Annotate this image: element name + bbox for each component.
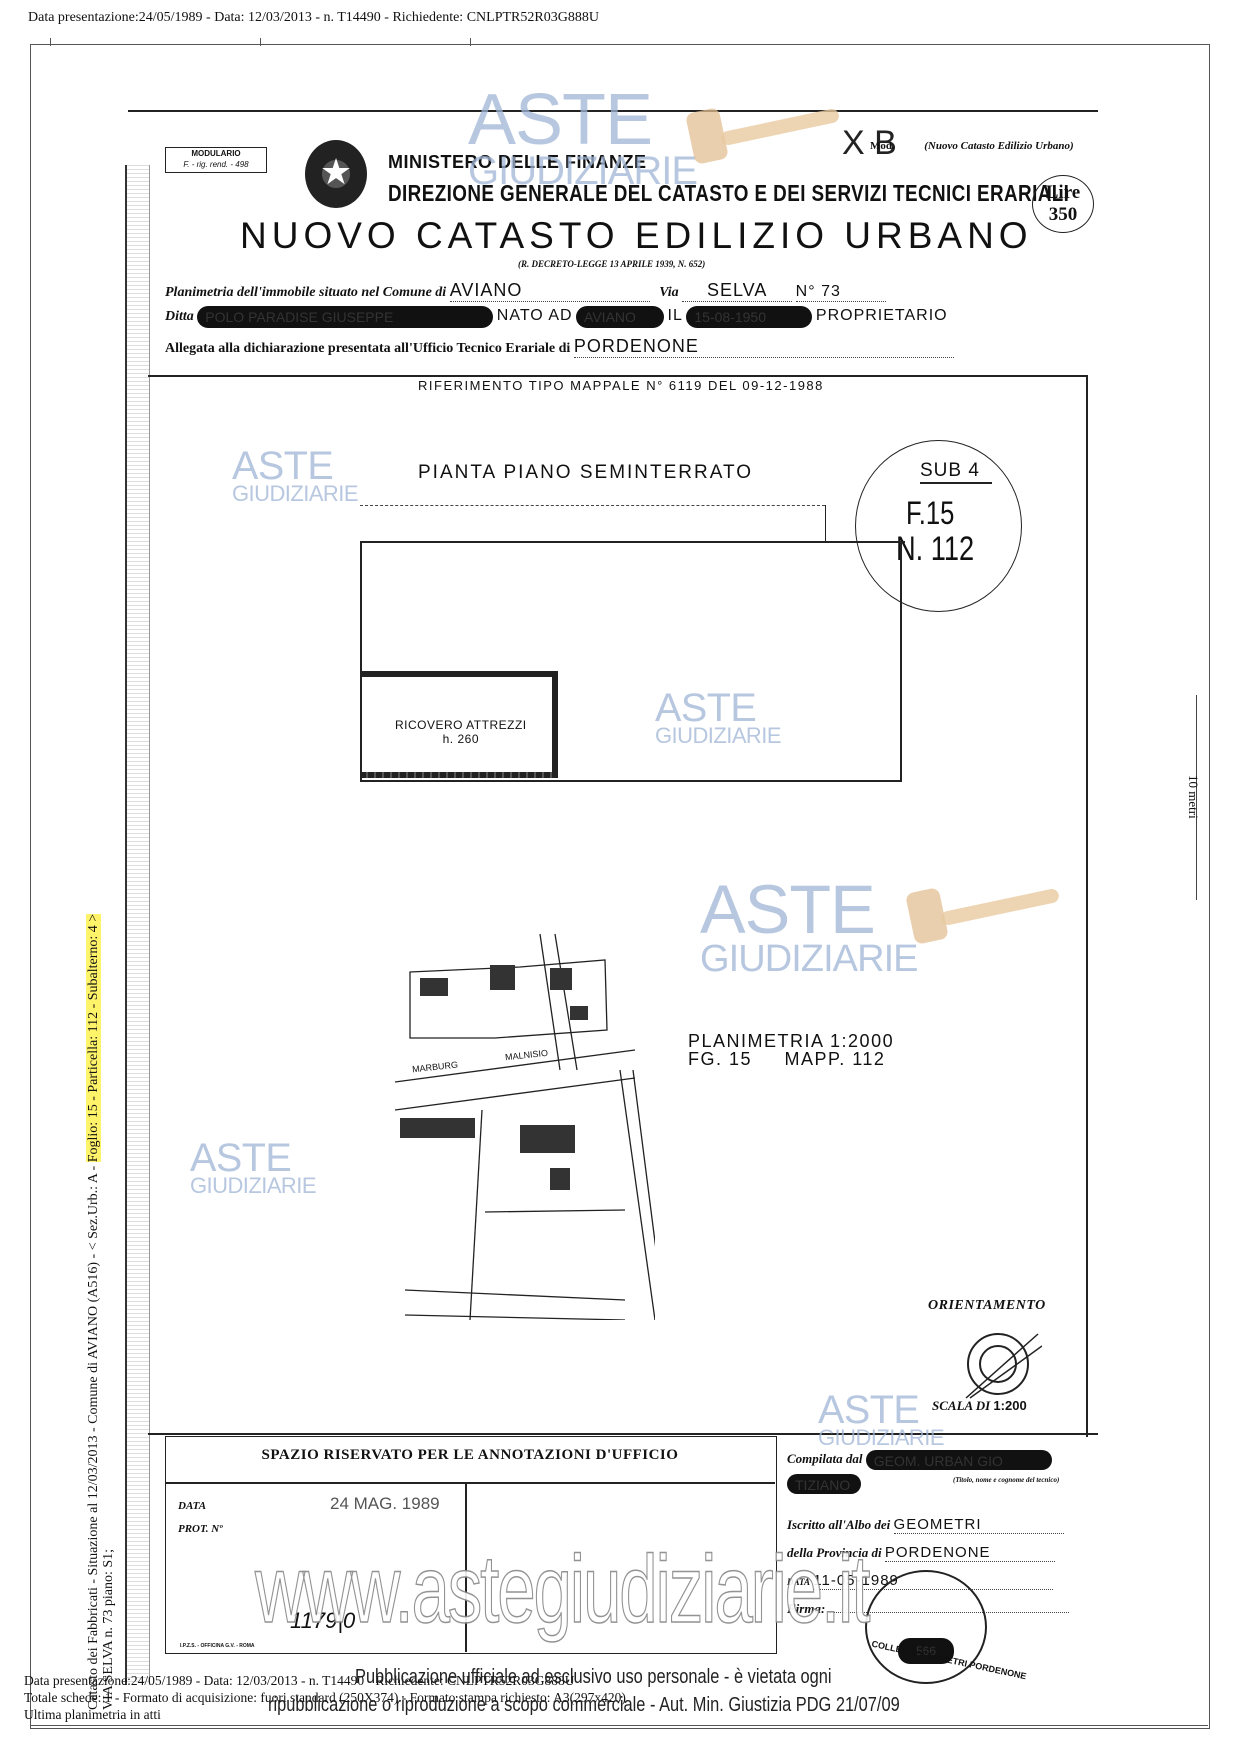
footer-line-3: Ultima planimetria in atti (24, 1707, 161, 1723)
annotation-divider (148, 1433, 1098, 1435)
modulario-code: F. - rig. rend. - 498 (183, 160, 248, 169)
albo-value: GEOMETRI (894, 1516, 1064, 1534)
watermark-logo: ASTEGIUDIZIARIE (700, 880, 918, 976)
watermark-logo: ASTEGIUDIZIARIE (468, 88, 697, 189)
compass-icon (958, 1320, 1042, 1404)
albo-label: Iscritto all'Albo dei (787, 1517, 890, 1532)
document-header: Data presentazione:24/05/1989 - Data: 12… (28, 10, 599, 26)
compiler-label: Compilata dal (787, 1451, 862, 1466)
publication-notice-1: Pubblicazione ufficiale ad esclusivo uso… (355, 1666, 832, 1689)
watermark-brand: ASTE (468, 88, 697, 153)
mod-suffix: (Nuovo Catasto Edilizio Urbano) (924, 140, 1073, 152)
ditta-label: Ditta (165, 309, 194, 324)
italian-emblem-icon: ★ (305, 140, 367, 208)
via-value: SELVA (682, 280, 792, 302)
frame-tick (260, 38, 261, 46)
compiler-hint: (Titolo, nome e cognome del tecnico) (953, 1476, 1059, 1484)
room-wall (360, 772, 558, 778)
room-label: RICOVERO ATTREZZI h. 260 (395, 718, 527, 746)
building-outline (360, 541, 362, 781)
side-note-highlight: Foglio: 15 - Particella: 112 - Subaltern… (86, 914, 101, 1162)
side-note-prefix: Catasto dei Fabbricati - Situazione al 1… (86, 1162, 101, 1710)
planimetry-caption: PLANIMETRIA 1:2000 FG. 15 MAPP. 112 (688, 1032, 894, 1068)
compiler-name-redacted: GEOM. URBAN GIO (866, 1450, 1052, 1470)
watermark-brand-sub: GIUDIZIARIE (190, 1176, 316, 1196)
watermark-logo: ASTEGIUDIZIARIE (190, 1140, 316, 1195)
watermark-logo: ASTEGIUDIZIARIE (232, 448, 358, 503)
orientation-label: ORIENTAMENTO (928, 1298, 1046, 1314)
planimetria-label: Planimetria dell'immobile situato nel Co… (165, 285, 446, 300)
watermark-logo: ASTEGIUDIZIARIE (818, 1392, 944, 1447)
birthdate-redacted: 15-08-1950 (686, 306, 812, 328)
model-label: Mod. (Nuovo Catasto Edilizio Urbano) (870, 140, 1074, 152)
foglio-number: F.15 (906, 495, 954, 532)
room-wall (552, 671, 558, 776)
mod-prefix: Mod. (870, 140, 895, 152)
watermark-brand: ASTE (232, 448, 358, 484)
compiler-firstname-redacted: TIZIANO (787, 1474, 861, 1494)
ten-meter-label: 10 metri (1185, 775, 1201, 819)
allegata-label: Allegata alla dichiarazione presentata a… (165, 341, 570, 356)
comune-value: AVIANO (450, 280, 650, 302)
dimension-line (360, 505, 825, 507)
via-label: Via (659, 285, 678, 300)
frame-tick (50, 38, 51, 46)
watermark-brand: ASTE (818, 1392, 944, 1428)
annotations-divider (165, 1482, 775, 1484)
annotations-title: SPAZIO RISERVATO PER LE ANNOTAZIONI D'UF… (165, 1447, 775, 1464)
watermark-url: www.astegiudiziarie.it (255, 1535, 868, 1645)
room-height: h. 260 (395, 732, 527, 746)
civic-number: N° 73 (796, 283, 886, 302)
watermark-brand: ASTE (655, 690, 781, 726)
albo-row: Iscritto all'Albo dei GEOMETRI (787, 1516, 1064, 1534)
scale-label: SCALA DI 1:200 (932, 1398, 1027, 1414)
location-row: Planimetria dell'immobile situato nel Co… (165, 280, 886, 302)
planimetry-reference: FG. 15 MAPP. 112 (688, 1050, 894, 1068)
annotation-date-label: DATA (178, 1500, 206, 1512)
watermark-brand-sub: GIUDIZIARIE (655, 726, 781, 746)
office-row: Allegata alla dichiarazione presentata a… (165, 336, 954, 358)
watermark-brand: ASTE (190, 1140, 316, 1176)
lire-label: Lire (1033, 182, 1093, 204)
dimension-line (825, 505, 826, 541)
watermark-brand-sub: GIUDIZIARIE (232, 484, 358, 504)
building-outline (360, 780, 902, 782)
cadastral-side-note: Catasto dei Fabbricati - Situazione al 1… (86, 914, 102, 1710)
owner-row: Ditta POLO PARADISE GIUSEPPE NATO AD AVI… (165, 306, 948, 328)
birthplace-redacted: AVIANO (576, 306, 664, 328)
room-name: RICOVERO ATTREZZI (395, 718, 527, 732)
frame-tick (470, 38, 471, 46)
decree-reference: (R. DECRETO-LEGGE 13 APRILE 1939, N. 652… (518, 259, 705, 269)
floor-plan-title: PIANTA PIANO SEMINTERRATO (418, 462, 753, 484)
provincia-value: PORDENONE (885, 1544, 1055, 1562)
planimetry-scale: PLANIMETRIA 1:2000 (688, 1032, 894, 1050)
scale-value: 1:200 (993, 1398, 1026, 1413)
footer-rule (30, 1725, 1208, 1726)
annotation-date-stamp: 24 MAG. 1989 (330, 1494, 440, 1514)
watermark-brand-sub: GIUDIZIARIE (700, 942, 918, 976)
owner-role: PROPRIETARIO (816, 307, 948, 324)
map-reference: RIFERIMENTO TIPO MAPPALE N° 6119 DEL 09-… (418, 378, 824, 393)
protocol-label: PROT. Nº (178, 1523, 222, 1535)
owner-name-redacted: POLO PARADISE GIUSEPPE (197, 306, 493, 328)
site-map (385, 920, 655, 1320)
watermark-brand: ASTE (700, 880, 918, 942)
date-label: IL (668, 307, 683, 324)
modulario-box: MODULARIO F. - rig. rend. - 498 (165, 147, 267, 173)
mappale-number: N. 112 (896, 530, 974, 569)
printer-credit: I.P.Z.S. - OFFICINA G.V. - ROMA (180, 1643, 255, 1649)
watermark-brand-sub: GIUDIZIARIE (818, 1428, 944, 1448)
sub-number: SUB 4 (920, 460, 992, 484)
building-outline (900, 541, 902, 781)
lire-value: 350 (1033, 204, 1093, 226)
stamp-fee-circle: Lire 350 (1032, 175, 1094, 233)
publication-notice-2: ripubblicazione o riproduzione a scopo c… (268, 1694, 900, 1717)
compiler-row: Compilata dal GEOM. URBAN GIO (787, 1450, 1052, 1470)
watermark-brand-sub: GIUDIZIARIE (468, 153, 697, 189)
watermark-logo: ASTEGIUDIZIARIE (655, 690, 781, 745)
office-value: PORDENONE (574, 336, 954, 358)
compiler-firstname-row: TIZIANO (787, 1474, 861, 1494)
form-title: NUOVO CATASTO EDILIZIO URBANO (240, 215, 1033, 257)
room-wall (360, 671, 558, 677)
form-binding-strip (125, 165, 150, 1685)
born-label: NATO AD (497, 307, 573, 324)
building-outline (360, 541, 905, 543)
modulario-title: MODULARIO (166, 148, 266, 159)
